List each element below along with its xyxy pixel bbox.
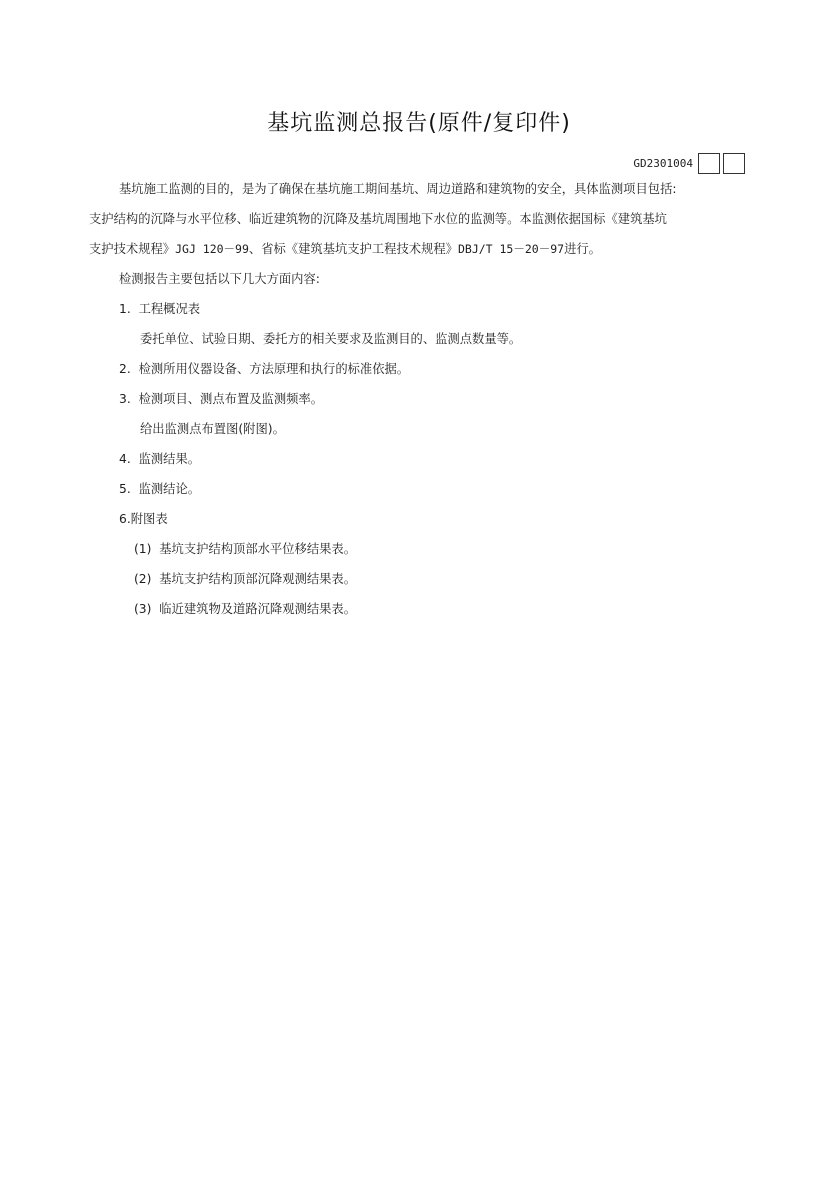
list-item-1: 1. 工程概况表 <box>119 301 200 317</box>
appendix-item-3: (3) 临近建筑物及道路沉降观测结果表。 <box>134 601 356 617</box>
intro-line-3: 支护技术规程》JGJ 120－99、省标《建筑基坑支护工程技术规程》DBJ/T … <box>89 241 601 257</box>
list-item-3: 3. 检测项目、测点布置及监测频率。 <box>119 391 323 407</box>
appendix-item-number: (1) <box>134 542 151 556</box>
contents-intro: 检测报告主要包括以下几大方面内容: <box>119 271 320 287</box>
intro-line-3-part-e: 进行。 <box>564 242 601 256</box>
intro-line-3-part-a: 支护技术规程》 <box>89 242 175 256</box>
list-item-1-detail: 委托单位、试验日期、委托方的相关要求及监测目的、监测点数量等。 <box>140 331 521 347</box>
standard-code-dbj: DBJ/T 15－20－97 <box>458 242 564 256</box>
intro-line-2: 支护结构的沉降与水平位移、临近建筑物的沉降及基坑周围地下水位的监测等。本监测依据… <box>89 211 667 227</box>
list-item-label: 监测结果。 <box>139 452 201 466</box>
appendix-item-label: 基坑支护结构顶部沉降观测结果表。 <box>159 572 356 586</box>
list-item-5: 5. 监测结论。 <box>119 481 200 497</box>
list-item-number: 1. <box>119 302 131 316</box>
appendix-item-number: (3) <box>134 602 151 616</box>
list-item-number: 3. <box>119 392 131 406</box>
list-item-6: 6.附图表 <box>119 511 168 527</box>
list-item-4: 4. 监测结果。 <box>119 451 200 467</box>
list-item-label: 监测结论。 <box>139 482 201 496</box>
document-code-text: GD2301004 <box>633 157 693 170</box>
list-item-3-detail: 给出监测点布置图(附图)。 <box>140 421 285 437</box>
list-item-number: 5. <box>119 482 131 496</box>
standard-code-jgj: JGJ 120－99 <box>175 242 249 256</box>
document-code: GD2301004 <box>633 153 745 173</box>
list-item-number: 4. <box>119 452 131 466</box>
list-item-label: 检测项目、测点布置及监测频率。 <box>139 392 323 406</box>
intro-line-3-part-c: 、省标《建筑基坑支护工程技术规程》 <box>249 242 458 256</box>
copy-type-checkbox-2[interactable] <box>723 153 745 174</box>
appendix-item-label: 基坑支护结构顶部水平位移结果表。 <box>159 542 356 556</box>
list-item-label: 检测所用仪器设备、方法原理和执行的标准依据。 <box>139 362 410 376</box>
appendix-item-number: (2) <box>134 572 151 586</box>
appendix-item-label: 临近建筑物及道路沉降观测结果表。 <box>159 602 356 616</box>
list-item-number: 2. <box>119 362 131 376</box>
page-title: 基坑监测总报告(原件/复印件) <box>0 109 838 139</box>
appendix-item-2: (2) 基坑支护结构顶部沉降观测结果表。 <box>134 571 356 587</box>
appendix-item-1: (1) 基坑支护结构顶部水平位移结果表。 <box>134 541 356 557</box>
list-item-label: 工程概况表 <box>139 302 201 316</box>
list-item-number: 6. <box>119 512 131 526</box>
list-item-2: 2. 检测所用仪器设备、方法原理和执行的标准依据。 <box>119 361 409 377</box>
copy-type-checkbox-1[interactable] <box>698 153 720 174</box>
list-item-label: 附图表 <box>131 512 168 526</box>
intro-line-1: 基坑施工监测的目的，是为了确保在基坑施工期间基坑、周边道路和建筑物的安全，具体监… <box>119 181 677 197</box>
